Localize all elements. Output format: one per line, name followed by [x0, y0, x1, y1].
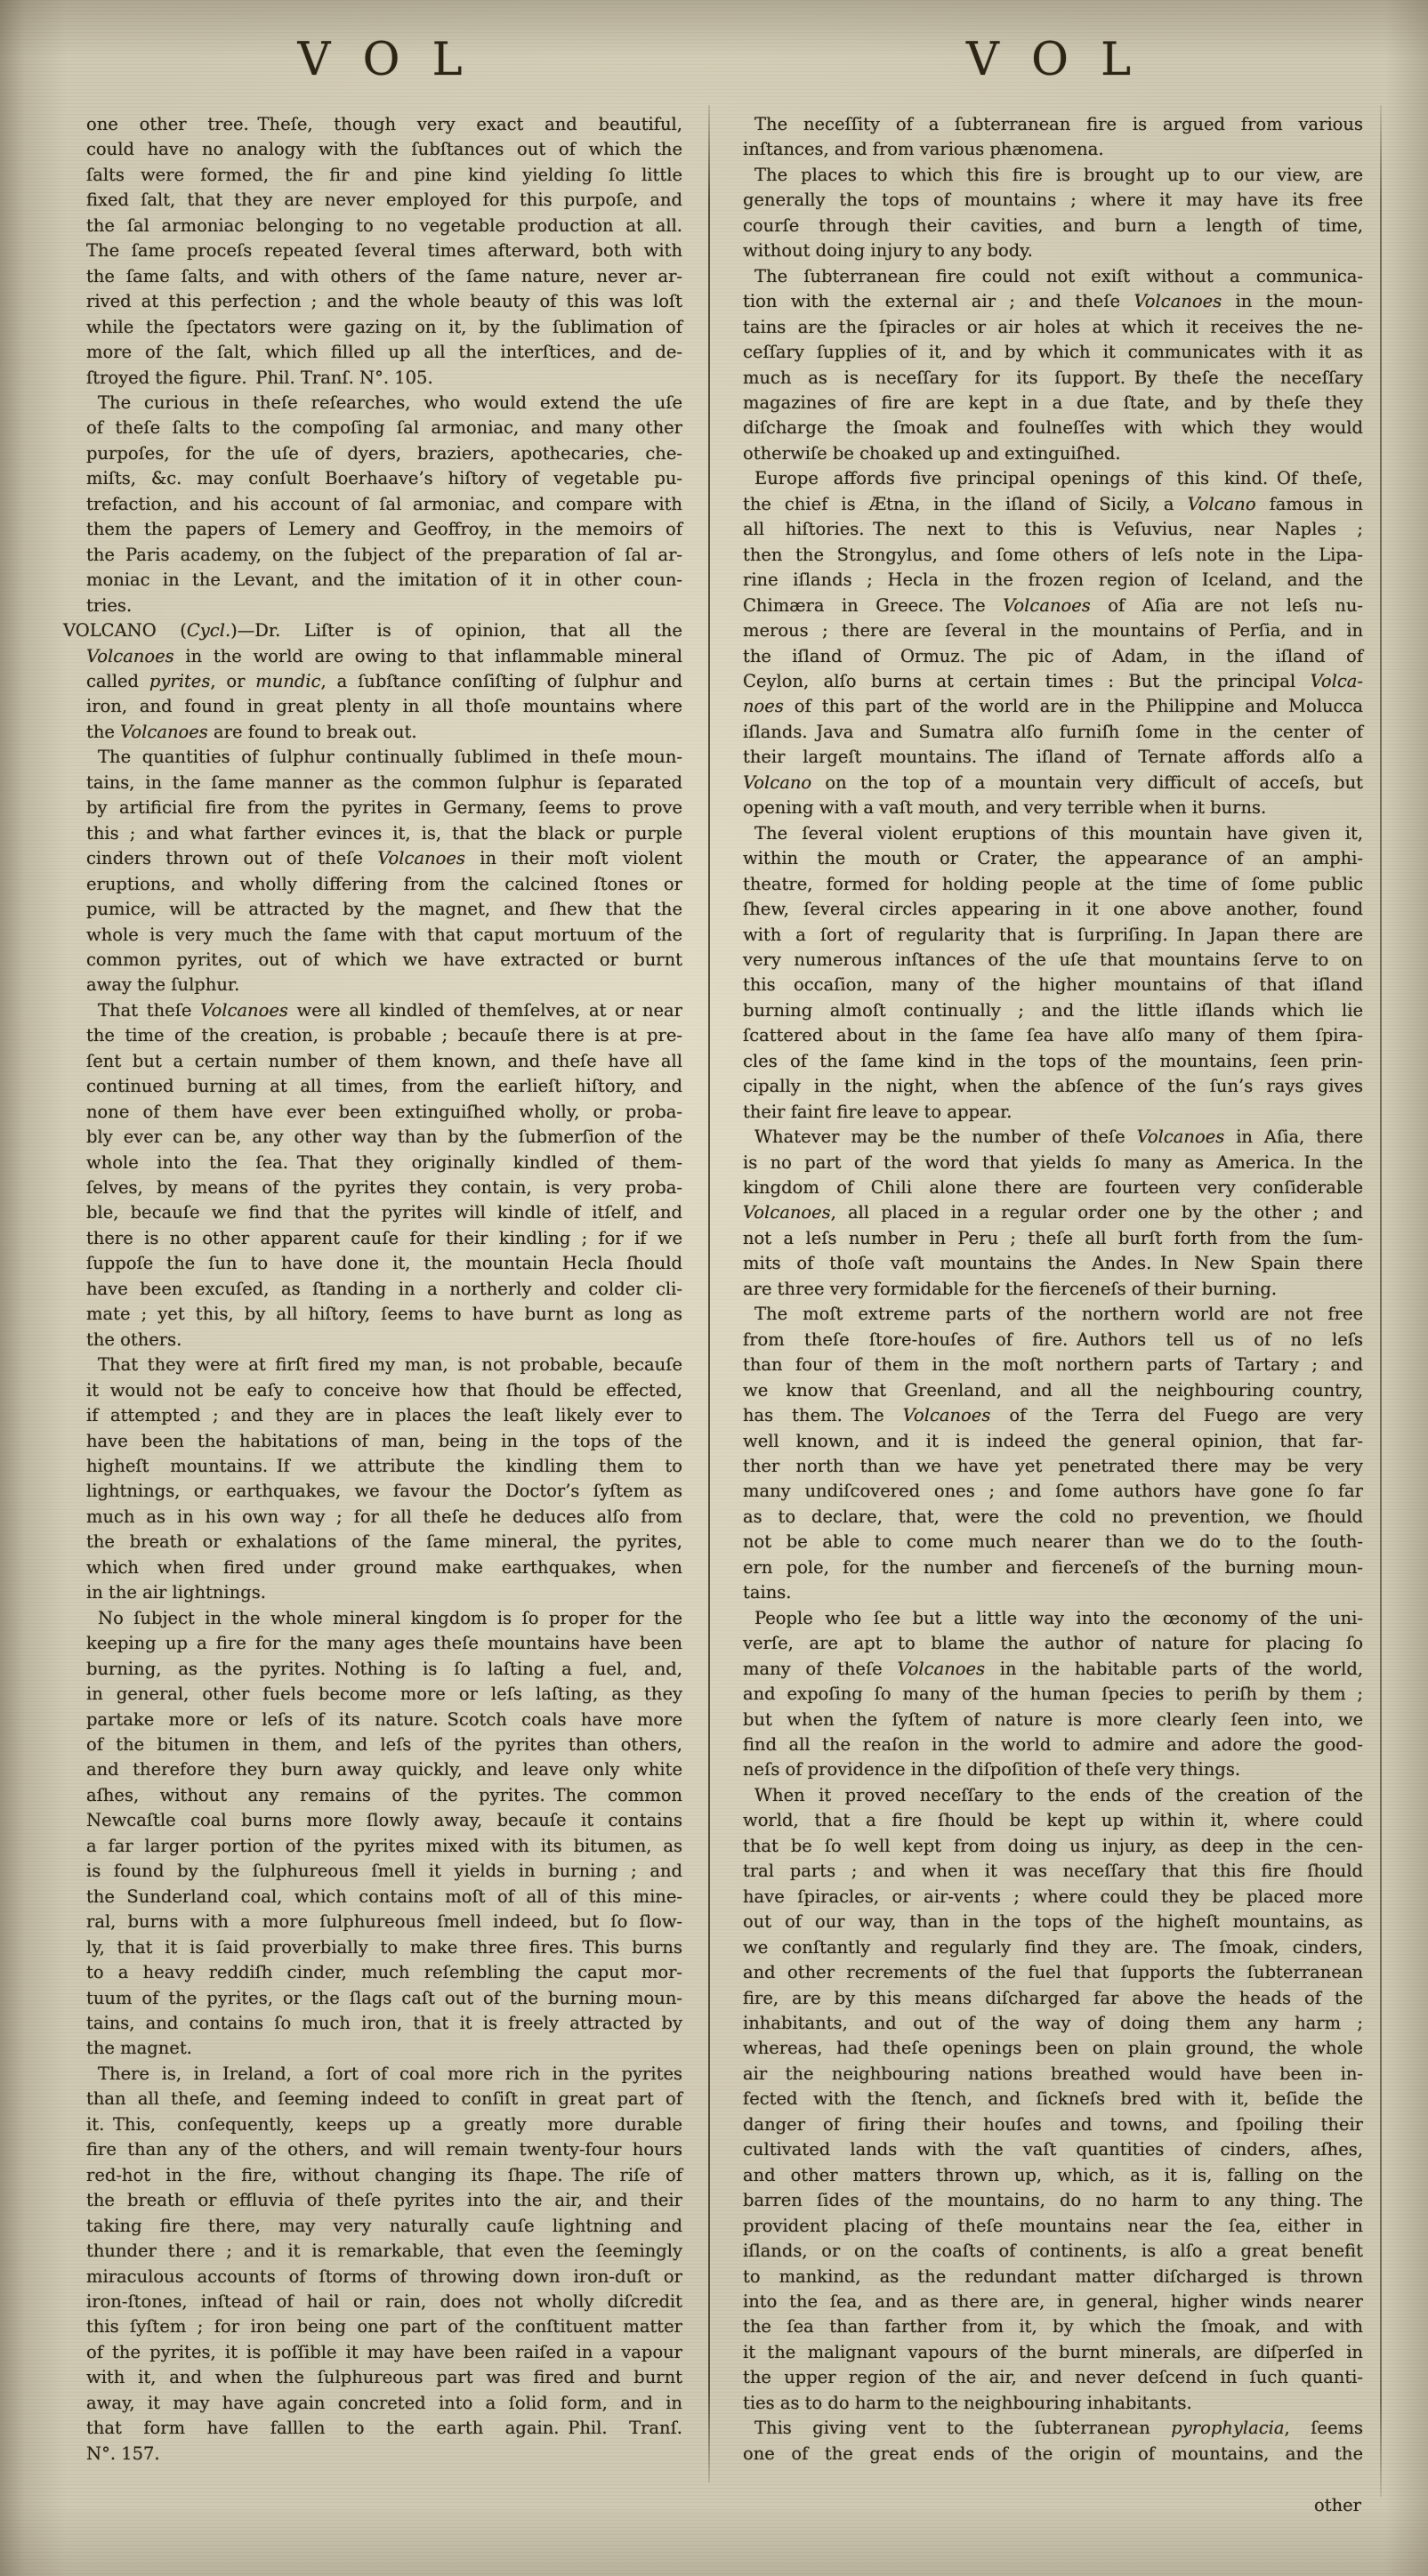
text-line: away the ſulphur. [86, 973, 682, 997]
text-line: danger of firing their houſes and towns,… [743, 2112, 1363, 2137]
text-line: and other matters thrown up, which, as i… [743, 2163, 1363, 2188]
text-line: many undiſcovered ones ; and ſome author… [743, 1479, 1363, 1504]
text-line: ral, burns with a more ſulphureous ſmell… [86, 1910, 682, 1934]
text-line: this ſyſtem ; for iron being one part of… [86, 2314, 682, 2339]
text-line: the Sunderland coal, which contains moſt… [86, 1885, 682, 1910]
text-line: tains, and contains ſo much iron, that i… [86, 2011, 682, 2036]
text-line: moniac in the Levant, and the imitation … [86, 568, 682, 593]
text-line: from theſe ſtore-houſes of fire. Authors… [743, 1328, 1363, 1353]
text-line: VOLCANO (Cycl.)—Dr. Liſter is of opinion… [63, 618, 682, 643]
text-line: called pyrites, or mundic, a ſubſtance c… [86, 669, 682, 694]
text-line: not a leſs number in Peru ; theſe all bu… [743, 1226, 1363, 1251]
text-line: aſhes, without any remains of the pyrite… [86, 1783, 682, 1808]
text-line: has them. The Volcanoes of the Terra del… [743, 1403, 1363, 1428]
text-line: out of our way, than in the tops of the … [743, 1910, 1363, 1934]
text-line: air the neighbouring nations breathed wo… [743, 2062, 1363, 2087]
text-line: the ſame ſalts, and with others of the ſ… [86, 264, 682, 289]
text-line: ties as to do harm to the neighbouring i… [743, 2391, 1363, 2416]
text-line: whole is very much the ſame with that ca… [86, 923, 682, 948]
paragraph: This giving vent to the ſubterranean pyr… [743, 2416, 1363, 2467]
text-line: inhabitants, and out of the way of doing… [743, 2011, 1363, 2036]
text-line: tries. [86, 594, 682, 618]
text-line: the breath or effluvia of theſe pyrites … [86, 2188, 682, 2213]
paragraph: VOLCANO (Cycl.)—Dr. Liſter is of opinion… [86, 618, 682, 745]
left-column-text: one other tree. Theſe, though very exact… [86, 112, 682, 2467]
text-line: ly, that it is ſaid proverbially to make… [86, 1935, 682, 1960]
paragraph: There is, in Ireland, a ſort of coal mor… [86, 2062, 682, 2467]
text-line: iron, and found in great plenty in all t… [86, 694, 682, 719]
text-line: this occaſion, many of the higher mounta… [743, 973, 1363, 997]
text-line: cles of the ſame kind in the tops of the… [743, 1049, 1363, 1074]
text-line: this ; and what farther evinces it, is, … [86, 821, 682, 846]
text-line: otherwiſe be choaked up and extinguiſhed… [743, 441, 1363, 466]
text-line: the iſland of Ormuz. The pic of Adam, in… [743, 644, 1363, 669]
text-line: have been excuſed, as ſtanding in a nort… [86, 1277, 682, 1302]
text-line: the ſea than farther from it, by which t… [743, 2314, 1363, 2339]
text-line: taking fire there, may very naturally ca… [86, 2214, 682, 2239]
text-line: iſlands. Java and Sumatra alſo furniſh ſ… [743, 720, 1363, 745]
text-line: tains are the ſpiracles or air holes at … [743, 315, 1363, 340]
text-line: merous ; there are ſeveral in the mounta… [743, 618, 1363, 643]
text-line: ern pole, for the number and fierceneſs … [743, 1555, 1363, 1580]
text-line: fire, are by this means diſcharged far a… [743, 1986, 1363, 2011]
text-line: That theſe Volcanoes were all kindled of… [86, 998, 682, 1023]
text-line: When it proved neceſſary to the ends of … [743, 1783, 1363, 1808]
text-line: the upper region of the air, and never d… [743, 2365, 1363, 2390]
text-line: fixed ſalt, that they are never employed… [86, 188, 682, 213]
book-page: V O L V O L one other tree. Theſe, thoug… [0, 0, 1428, 2576]
text-line: all hiſtories. The next to this is Veſuv… [743, 517, 1363, 542]
text-line: miſts, &c. may conſult Boerhaave’s hiſto… [86, 466, 682, 491]
text-line: whole into the ſea. That they originally… [86, 1151, 682, 1175]
text-line: No ſubject in the whole mineral kingdom … [86, 1606, 682, 1631]
text-line: mate ; yet this, by all hiſtory, ſeems t… [86, 1302, 682, 1327]
text-line: ſcattered about in the ſame ſea have alſ… [743, 1023, 1363, 1048]
paragraph: Europe affords five principal openings o… [743, 466, 1363, 820]
text-line: bly ever can be, any other way than by t… [86, 1125, 682, 1150]
text-line: verſe, are apt to blame the author of na… [743, 1631, 1363, 1656]
text-line: well known, and it is indeed the general… [743, 1429, 1363, 1454]
column-divider-rule [708, 105, 710, 2483]
paragraph: That theſe Volcanoes were all kindled of… [86, 998, 682, 1353]
text-line: lightnings, or earthquakes, we favour th… [86, 1479, 682, 1504]
text-line: than four of them in the moſt northern p… [743, 1353, 1363, 1377]
text-line: Whatever may be the number of theſe Volc… [743, 1125, 1363, 1150]
text-line: ther north than we have yet penetrated t… [743, 1454, 1363, 1479]
text-line: tains, in the ſame manner as the common … [86, 771, 682, 795]
text-line: opening with a vaſt mouth, and very terr… [743, 795, 1363, 820]
text-line: have ſpiracles, or air-vents ; where cou… [743, 1885, 1363, 1910]
text-line: red-hot in the fire, without changing it… [86, 2163, 682, 2188]
text-line: N°. 157. [86, 2442, 682, 2467]
paragraph: That they were at firſt fired my man, is… [86, 1353, 682, 1606]
text-line: eruptions, and wholly differing from the… [86, 872, 682, 897]
text-line: away, it may have again concreted into a… [86, 2391, 682, 2416]
catchword: other [1094, 2495, 1361, 2515]
text-line: ſuppoſe the ſun to have done it, the mou… [86, 1251, 682, 1276]
paragraph: The quantities of ſulphur continually ſu… [86, 745, 682, 998]
paragraph: The ſubterranean fire could not exiſt wi… [743, 264, 1363, 467]
text-line: rived at this perfection ; and the whole… [86, 289, 682, 314]
text-line: of theſe ſalts to the compoſing ſal armo… [86, 416, 682, 440]
text-line: diſcharge the ſmoak and foulneſſes with … [743, 416, 1363, 440]
text-line: that form have falllen to the earth agai… [86, 2416, 682, 2441]
text-line: a far larger portion of the pyrites mixe… [86, 1834, 682, 1859]
text-line: trefaction, and his account of ſal armon… [86, 492, 682, 517]
text-line: The quantities of ſulphur continually ſu… [86, 745, 682, 770]
text-line: very numerous inſtances of the uſe that … [743, 948, 1363, 973]
text-line: courſe through their cavities, and burn … [743, 214, 1363, 238]
text-line: and other recrements of the fuel that ſu… [743, 1960, 1363, 1985]
paragraph: The neceſſity of a ſubterranean fire is … [743, 112, 1363, 163]
running-title-right: V O L [743, 34, 1363, 86]
text-line: noes of this part of the world are in th… [743, 694, 1363, 719]
text-line: there is no other apparent cauſe for the… [86, 1226, 682, 1251]
text-line: which when fired under ground make earth… [86, 1555, 682, 1580]
text-line: cipally in the night, when the abſence o… [743, 1074, 1363, 1099]
text-line: are three very formidable for the fierce… [743, 1277, 1363, 1302]
text-line: neſs of providence in the diſpoſition of… [743, 1757, 1363, 1782]
text-line: inſtances, and from various phænomena. [743, 137, 1363, 162]
text-line: the chief is Ætna, in the iſland of Sici… [743, 492, 1363, 517]
text-line: we conſtantly and regularly find they ar… [743, 1935, 1363, 1960]
text-line: could have no analogy with the ſubſtance… [86, 137, 682, 162]
text-line: many of theſe Volcanoes in the habitable… [743, 1657, 1363, 1682]
text-line: the Volcanoes are found to break out. [86, 720, 682, 745]
text-line: thunder there ; and it is remarkable, th… [86, 2239, 682, 2264]
text-line: the others. [86, 1328, 682, 1353]
text-line: if attempted ; and they are in places th… [86, 1403, 682, 1428]
paragraph: The moſt extreme parts of the northern w… [743, 1302, 1363, 1605]
text-line: iron-ſtones, inſtead of hail or rain, do… [86, 2289, 682, 2314]
text-line: cinders thrown out of theſe Volcanoes in… [86, 846, 682, 871]
paragraph: People who ſee but a little way into the… [743, 1606, 1363, 1783]
text-line: keeping up a fire for the many ages theſ… [86, 1631, 682, 1656]
text-line: ceſſary ſupplies of it, and by which it … [743, 340, 1363, 365]
text-line: Ceylon, alſo burns at certain times : Bu… [743, 669, 1363, 694]
text-line: kingdom of Chili alone there are fourtee… [743, 1175, 1363, 1200]
text-line: Newcaſtle coal burns more ſlowly away, b… [86, 1808, 682, 1833]
text-line: fire than any of the others, and will re… [86, 2137, 682, 2162]
text-line: magazines of fire are kept in a due ſtat… [743, 391, 1363, 416]
text-line: Volcanoes in the world are owing to that… [86, 644, 682, 669]
text-line: higheſt mountains. If we attribute the k… [86, 1454, 682, 1479]
paragraph: The places to which this fire is brought… [743, 163, 1363, 264]
text-line: it the malignant vapours of the burnt mi… [743, 2340, 1363, 2365]
text-line: the breath or exhalations of the ſame mi… [86, 1530, 682, 1554]
paragraph: When it proved neceſſary to the ends of … [743, 1783, 1363, 2416]
text-line: them the papers of Lemery and Geoffroy, … [86, 517, 682, 542]
paragraph: The curious in theſe reſearches, who wou… [86, 391, 682, 618]
text-line: rine iſlands ; Hecla in the frozen regio… [743, 568, 1363, 593]
text-line: while the ſpectators were gazing on it, … [86, 315, 682, 340]
text-line: theatre, formed for holding people at th… [743, 872, 1363, 897]
text-line: to a heavy reddiſh cinder, much reſembli… [86, 1960, 682, 1985]
text-line: tuum of the pyrites, or the ſlags caſt o… [86, 1986, 682, 2011]
text-line: tral parts ; and when it was neceſſary t… [743, 1859, 1363, 1884]
text-line: much as is neceſſary for its ſupport. By… [743, 366, 1363, 391]
text-line: Europe affords five principal openings o… [743, 466, 1363, 491]
text-line: the time of the creation, is probable ; … [86, 1023, 682, 1048]
text-line: The moſt extreme parts of the northern w… [743, 1302, 1363, 1327]
text-line: then the Strongylus, and ſome others of … [743, 543, 1363, 568]
text-line: in the air lightnings. [86, 1580, 682, 1605]
text-line: with a ſort of regularity that is ſurpri… [743, 923, 1363, 948]
paragraph: one other tree. Theſe, though very exact… [86, 112, 682, 391]
text-line: mits of thoſe vaſt mountains the Andes. … [743, 1251, 1363, 1276]
text-line: tion with the external air ; and theſe V… [743, 289, 1363, 314]
text-line: Volcanoes, all placed in a regular order… [743, 1200, 1363, 1225]
paragraph: Whatever may be the number of theſe Volc… [743, 1125, 1363, 1302]
text-line: fected with the ſtench, and ſickneſs bre… [743, 2087, 1363, 2112]
text-line: none of them have ever been extinguiſhed… [86, 1100, 682, 1125]
text-line: have been the habitations of man, being … [86, 1429, 682, 1454]
text-line: the magnet. [86, 2036, 682, 2061]
text-line: of the bitumen in them, and leſs of the … [86, 1732, 682, 1757]
text-line: purpoſes, for the uſe of dyers, braziers… [86, 441, 682, 466]
right-margin-rule [1380, 105, 1382, 2497]
text-line: is no part of the word that yields ſo ma… [743, 1151, 1363, 1175]
text-line: iſlands, or on the coaſts of continents,… [743, 2239, 1363, 2264]
text-line: ſhew, ſeveral circles appearing in it on… [743, 897, 1363, 922]
text-line: tains. [743, 1580, 1363, 1605]
paragraph: No ſubject in the whole mineral kingdom … [86, 1606, 682, 2062]
text-line: The curious in theſe reſearches, who wou… [86, 391, 682, 416]
text-line: The ſubterranean fire could not exiſt wi… [743, 264, 1363, 289]
text-line: their faint fire leave to appear. [743, 1100, 1363, 1125]
text-line: pumice, will be attracted by the magnet,… [86, 897, 682, 922]
text-line: The ſame proceſs repeated ſeveral times … [86, 238, 682, 263]
text-line: common pyrites, out of which we have ext… [86, 948, 682, 973]
right-column-text: The neceſſity of a ſubterranean fire is … [743, 112, 1363, 2467]
text-line: the ſal armoniac belonging to no vegetab… [86, 214, 682, 238]
text-line: and expoſing ſo many of the human ſpecie… [743, 1682, 1363, 1707]
text-line: to mankind, as the redundant matter diſc… [743, 2265, 1363, 2289]
text-line: it would not be eaſy to conceive how tha… [86, 1378, 682, 1403]
text-line: as to declare, that, were the cold no pr… [743, 1505, 1363, 1530]
text-line: much as in his own way ; for all theſe h… [86, 1505, 682, 1530]
text-line: of the pyrites, it is poſſible it may ha… [86, 2340, 682, 2365]
text-line: not be able to come much nearer than we … [743, 1530, 1363, 1554]
text-line: one other tree. Theſe, though very exact… [86, 112, 682, 137]
text-line: There is, in Ireland, a ſort of coal mor… [86, 2062, 682, 2087]
text-line: This giving vent to the ſubterranean pyr… [743, 2416, 1363, 2441]
text-line: more of the ſalt, which filled up all th… [86, 340, 682, 365]
text-line: in general, other fuels become more or l… [86, 1682, 682, 1707]
text-line: cultivated lands with the vaſt quantitie… [743, 2137, 1363, 2162]
text-line: but when the ſyſtem of nature is more cl… [743, 1708, 1363, 1732]
text-line: their largeſt mountains. The iſland of T… [743, 745, 1363, 770]
text-line: miraculous accounts of ſtorms of throwin… [86, 2265, 682, 2289]
text-line: ble, becauſe we find that the pyrites wi… [86, 1200, 682, 1225]
text-line: we know that Greenland, and all the neig… [743, 1378, 1363, 1403]
text-line: with it, and when the ſulphureous part w… [86, 2365, 682, 2390]
text-line: Volcano on the top of a mountain very di… [743, 771, 1363, 795]
text-line: burning, as the pyrites. Nothing is ſo l… [86, 1657, 682, 1682]
text-line: that be ſo well kept from doing us injur… [743, 1834, 1363, 1859]
text-line: without doing injury to any body. [743, 238, 1363, 263]
text-line: ſent but a certain number of them known,… [86, 1049, 682, 1074]
text-line: one of the great ends of the origin of m… [743, 2442, 1363, 2467]
text-line: and therefore they burn away quickly, an… [86, 1757, 682, 1782]
text-line: partake more or leſs of its nature. Scot… [86, 1708, 682, 1732]
text-line: The ſeveral violent eruptions of this mo… [743, 821, 1363, 846]
text-line: is found by the ſulphureous ſmell it yie… [86, 1859, 682, 1884]
text-line: than all theſe, and ſeeming indeed to co… [86, 2087, 682, 2112]
text-line: The places to which this fire is brought… [743, 163, 1363, 188]
text-line: ſelves, by means of the pyrites they con… [86, 1175, 682, 1200]
text-line: by artificial fire from the pyrites in G… [86, 795, 682, 820]
text-line: barren ſides of the mountains, do no har… [743, 2188, 1363, 2213]
text-line: find all the reaſon in the world to admi… [743, 1732, 1363, 1757]
text-line: within the mouth or Crater, the appearan… [743, 846, 1363, 871]
text-line: The neceſſity of a ſubterranean fire is … [743, 112, 1363, 137]
text-line: continued burning at all times, from the… [86, 1074, 682, 1099]
paragraph: The ſeveral violent eruptions of this mo… [743, 821, 1363, 1125]
text-line: generally the tops of mountains ; where … [743, 188, 1363, 213]
text-line: it. This, conſequently, keeps up a great… [86, 2112, 682, 2137]
text-line: That they were at firſt fired my man, is… [86, 1353, 682, 1377]
text-line: Chimæra in Greece. The Volcanoes of Aſia… [743, 594, 1363, 618]
text-line: provident placing of theſe mountains nea… [743, 2214, 1363, 2239]
text-line: burning almoſt continually ; and the lit… [743, 998, 1363, 1023]
running-title-left: V O L [86, 34, 682, 86]
text-line: whereas, had theſe openings been on plai… [743, 2036, 1363, 2061]
text-line: ſtroyed the figure. Phil. Tranſ. N°. 105… [86, 366, 682, 391]
text-line: into the ſea, and as there are, in gener… [743, 2289, 1363, 2314]
text-line: the Paris academy, on the ſubject of the… [86, 543, 682, 568]
text-line: ſalts were formed, the fir and pine kind… [86, 163, 682, 188]
text-line: world, that a fire ſhould be kept up wit… [743, 1808, 1363, 1833]
text-line: People who ſee but a little way into the… [743, 1606, 1363, 1631]
